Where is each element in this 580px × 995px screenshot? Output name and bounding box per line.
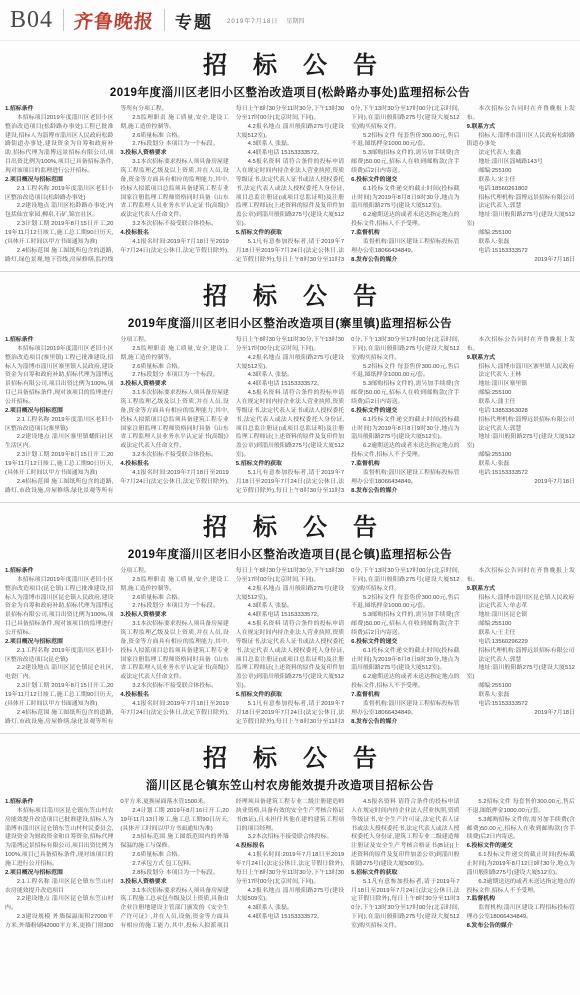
paragraph: 2.2建设地点 淄川区寨里镇蟠阳社区生活区内。: [5, 433, 113, 451]
paragraph: 2.4计划工期 2019年8月16日开工,2019年11月13日竣工,施工总工期…: [120, 807, 228, 834]
paragraph: 5.2招标文件 每套售价300.00元,售后不退,图纸押金1000.00元/套。: [351, 363, 459, 381]
paragraph: 地址:淄川区淄城路143号: [467, 158, 575, 167]
clause-heading: 9.联系方式: [467, 354, 575, 363]
paragraph: 邮编:255100: [467, 620, 575, 629]
paragraph: 法定代表人:王林: [467, 371, 575, 380]
paragraph: 5.1凡有意参加投标者,请于2019年7月18日至2019年7月24日(法定公休…: [351, 878, 459, 931]
masthead: B04 齐鲁晚报 专题 2019年7月18日 星期四: [0, 0, 580, 41]
paragraph: 2.3计划工期 2019年8月15日开工,2019年11月12日竣工,施工总工期…: [5, 451, 113, 478]
clause-heading: 1.招标条件: [5, 105, 113, 114]
paragraph: 2.2建设地点 淄川区松龄路办事处,内包括仙宜家园,柳泉,石矿,锦宜社区。: [5, 202, 113, 220]
paragraph: 4.4联系电话 15153333572。: [236, 149, 344, 158]
paragraph: 监督机构:淄川区建设工程招标投标管理办公室18066434849。: [351, 238, 459, 256]
paragraph: 4.3联系人 张磊。: [236, 904, 344, 913]
paragraph: 5.2招标文件 每套售价300.00元,售后不退,图纸押金1000.00元/套。: [351, 594, 459, 612]
paragraph: 4.3联系人 张磊。: [236, 371, 344, 380]
clause-heading: 3.投标人资格要求: [120, 878, 228, 887]
clause-heading: 5.招标文件的获取: [236, 229, 344, 238]
paragraph: 地址:淄川般阳路275号(建设大厦512室): [467, 211, 575, 229]
paragraph: 6.1投标文件递交的截止时间(投标截止时间)为2019年8月12日9时30分,地…: [467, 851, 575, 878]
newspaper-page: B04 齐鲁晚报 专题 2019年7月18日 星期四 招标公告 2019年度淄川…: [0, 0, 580, 995]
paragraph: 监督机构:淄川区建设工程招标投标管理办公室18066434849。: [467, 904, 575, 922]
paragraph: 电话:13560296229: [467, 638, 575, 647]
issue-date: 2019年7月18日: [227, 16, 278, 25]
paragraph: 2.8标段划分 本项目为一个标段。: [120, 869, 228, 878]
paragraph: 地址:淄川区昆仑镇: [467, 611, 575, 620]
paragraph: 联系人:张磊: [467, 460, 575, 469]
paragraph: 招标人:淄博市淄川区人民政府松龄路街道办事处: [467, 132, 575, 150]
paragraph: 招标代理机构:淄博远景招标有限公司: [467, 647, 575, 656]
paragraph: 本招标项目2019年度淄川区老旧小区整治改造项目(松龄路办事处)工程已批准建设,…: [5, 114, 113, 176]
paragraph: 2.1工程名称 淄川区昆仑镇东笠山村农房能效提升改造项目: [5, 878, 113, 896]
tender-subtitle: 2019年度淄川区老旧小区整治改造项目(昆仑镇)监理招标公告: [5, 546, 575, 562]
paragraph: 2019年7月18日: [467, 478, 575, 487]
paragraph: 4.3联系人 张磊。: [236, 140, 344, 149]
section-label: 专题: [175, 8, 213, 33]
paragraph: 3.2本次招标不接受联合体投标。: [236, 833, 344, 842]
paragraph: 2.7标段划分 本项目为一个标段。: [120, 140, 228, 149]
paragraph: 4.3联系人 张磊。: [236, 602, 344, 611]
paragraph: 联系人:张磊: [467, 691, 575, 700]
paragraph: 6.2逾期送达的或者未送达指定地点的投标文件,招标人不予受理。: [351, 673, 459, 691]
clause-heading: 6.投标文件的递交: [351, 176, 459, 185]
paragraph: 2.5监理职责 施工质量,安全,建设工期,施工造价控制等。: [120, 345, 228, 363]
paragraph: 招标代理机构:淄博远景招标有限公司: [467, 194, 575, 203]
paragraph: 2.2建设地点 淄川区昆仑镇昆仑社区,电瓷厂内。: [5, 664, 113, 682]
clause-heading: 7.监督机构: [467, 895, 575, 904]
tender-body: 1.招标条件本招标项目2019年度淄川区老旧小区整治改造项目(松龄路办事处)工程…: [5, 105, 575, 271]
paragraph: 2.5监理职责 施工质量,安全,建设工期,施工造价控制等。: [120, 114, 228, 132]
paragraph: 4.5报名资料 请符合条件的投标申请人在规定时间内持企业法人营业执照,资质等级证…: [236, 158, 344, 229]
clause-heading: 7.监督机构: [351, 229, 459, 238]
paragraph: 6.1投标文件递交的截止时间(投标截止时间)为2019年8月8日9时30分,地点…: [351, 185, 459, 212]
paragraph: 本招标项目2019年度淄川区老旧小区整治改造项目(寨里镇)工程已批准建设,招标人…: [5, 345, 113, 407]
paragraph: 电话:15153333572: [467, 469, 575, 478]
clause-heading: 2.项目概况与招标范围: [5, 638, 113, 647]
clause-heading: 7.监督机构: [351, 460, 459, 469]
divider: [164, 9, 165, 31]
paragraph: 本招标项目淄川区昆仑镇东笠山村农房能效提升改造项目已批准建设,招标人为淄博市淄川…: [5, 807, 113, 869]
clause-heading: 8.发布公告的媒介: [351, 487, 459, 496]
paragraph: 4.4联系电话 15153333572。: [236, 611, 344, 620]
paragraph: 4.5报名资料 请符合条件的投标申请人在规定时间内持企业法人营业执照,资质等级证…: [351, 798, 459, 869]
tender-announcement-dongli-village: 招标公告 淄川区昆仑镇东笠山村农房能效提升改造项目招标公告 1.招标条件本招标项…: [0, 733, 580, 934]
paragraph: 招标代理机构:淄博远景招标有限公司: [467, 416, 575, 425]
clause-heading: 4.投标报名: [120, 460, 228, 469]
clause-heading: 7.监督机构: [351, 691, 459, 700]
paragraph: 4.4联系电话 15153333572。: [236, 380, 344, 389]
tender-body: 1.招标条件本招标项目2019年度淄川区老旧小区整治改造项目(昆仑镇)工程已批准…: [5, 567, 575, 733]
paragraph: 4.2报名地点 淄川般阳路275号(建设大厦512室)。: [236, 123, 344, 141]
paragraph: 法定代表人:单志革: [467, 602, 575, 611]
paragraph: 邮编:255100: [467, 167, 575, 176]
paragraph: 3.1本次招标要求投标人须具备房屋建筑工程监理乙级及以上资质,并在人员,设备,资…: [120, 389, 228, 451]
paragraph: 2.2建设地点 淄川区昆仑镇东笠山村内。: [5, 895, 113, 913]
paragraph: 电话:15153333572: [467, 247, 575, 256]
paragraph: 2.6质量标准 合格。: [120, 594, 228, 603]
paragraph: 法定代表人:张鑫: [467, 149, 575, 158]
paragraph: 联系人:蒲主任: [467, 398, 575, 407]
paragraph: 邮编:255100: [467, 682, 575, 691]
clause-heading: 5.招标文件的获取: [351, 869, 459, 878]
paragraph: 4.2报名地点 淄川般阳路275号(建设大厦512室)。: [236, 354, 344, 372]
tender-subtitle: 2019年度淄川区老旧小区整治改造项目(松龄路办事处)监理招标公告: [5, 84, 575, 100]
clause-heading: 8.发布公告的媒介: [467, 922, 575, 931]
paragraph: 5.3邮购招标文件的,需另加手续费(含邮费)50.00元,招标人在收到邮购款(含…: [351, 611, 459, 638]
paragraph: 电话:13853363028: [467, 407, 575, 416]
clause-heading: 4.投标报名: [120, 691, 228, 700]
paragraph: 2.3计划工期 2019年8月15日开工,2019年11月12日竣工,施工总工期…: [5, 220, 113, 247]
paragraph: 本招标项目2019年度淄川区老旧小区整治改造项目(昆仑镇)工程已批准建设,招标人…: [5, 576, 113, 638]
paragraph: 5.2招标文件 每套售价300.00元,售后不退,图纸押金1000.00元/套。: [351, 132, 459, 150]
clause-heading: 6.投标文件的递交: [351, 407, 459, 416]
clause-heading: 3.投标人资格要求: [120, 611, 228, 620]
paragraph: 4.1报名时间:2019年7月18日至2019年7月24日(法定公休日,法定节假…: [236, 851, 344, 886]
paragraph: 4.4联系电话 15153333572。: [236, 913, 344, 922]
tender-body: 1.招标条件本招标项目2019年度淄川区老旧小区整治改造项目(寨里镇)工程已批准…: [5, 336, 575, 502]
tender-subtitle: 淄川区昆仑镇东笠山村农房能效提升改造项目招标公告: [5, 777, 575, 793]
paragraph: 招标人:淄博市淄川区寨里镇人民政府: [467, 363, 575, 372]
paragraph: 3.2本次招标不接受联合体投标。: [120, 220, 228, 229]
clause-heading: 3.投标人资格要求: [120, 380, 228, 389]
paragraph: 2.5招标范围 施工图纸范围内的外墙保温的施工与保修。: [120, 833, 228, 851]
paragraph: 法定代表人:郭慧: [467, 656, 575, 665]
paragraph: 5.3邮购招标文件的,需另加手续费(含邮费)50.00元,招标人在收到邮购款(含…: [351, 380, 459, 407]
clause-heading: 2.项目概况与招标范围: [5, 869, 113, 878]
paragraph: 2.6质量标准 合格。: [120, 363, 228, 372]
tender-title: 招标公告: [5, 744, 575, 774]
paragraph: 邮编:255100: [467, 229, 575, 238]
paragraph: 2.7承包方式 包工包料。: [120, 860, 228, 869]
paragraph: 本次招标公告同时在齐鲁晚报上发布。: [467, 336, 575, 354]
clause-heading: 5.招标文件的获取: [236, 460, 344, 469]
clause-heading: 8.发布公告的媒介: [351, 718, 459, 727]
paragraph: 6.1投标文件递交的截止时间(投标截止时间)为2019年8月8日9时30分,地点…: [351, 647, 459, 674]
paragraph: 2.6质量标准 合格。: [120, 851, 228, 860]
paragraph: 监督机构:淄川区建设工程招标投标管理办公室18066434849。: [351, 700, 459, 718]
paragraph: 本次招标公告同时在齐鲁晚报上发布。: [467, 567, 575, 585]
paragraph: 邮编:255100: [467, 451, 575, 460]
paragraph: 2.1工程名称 2019年度淄川区老旧小区整治改造项目(昆仑镇): [5, 647, 113, 665]
paragraph: 本次招标公告同时在齐鲁晚报上发布。: [467, 105, 575, 123]
paragraph: 3.2本次招标不接受联合体投标。: [120, 682, 228, 691]
clause-heading: 2.项目概况与招标范围: [5, 176, 113, 185]
paragraph: 2.3计划工期 2019年8月15日开工,2019年11月12日竣工,施工总工期…: [5, 682, 113, 709]
paragraph: 4.5报名资料 请符合条件的投标申请人在规定时间内持企业法人营业执照,资质等级证…: [236, 389, 344, 460]
paragraph: 6.2逾期送达的或者未送达指定地点的投标文件,招标人不予受理。: [351, 442, 459, 460]
clause-heading: 1.招标条件: [5, 567, 113, 576]
paragraph: 5.2招标文件 每套售价300.00元,售后不退,图纸押金1000.00元/套。: [467, 798, 575, 816]
paragraph: 6.2逾期送达的或者未送达指定地点的投标文件,招标人不予受理。: [467, 878, 575, 896]
clause-heading: 6.投标文件的递交: [467, 842, 575, 851]
paragraph: 4.2报名地点 淄川般阳路275号(建设大厦512室)。: [236, 585, 344, 603]
paragraph: 法定代表人:郭慧: [467, 202, 575, 211]
paragraph: 2019年7月18日: [467, 709, 575, 718]
tender-announcement-songling: 招标公告 2019年度淄川区老旧小区整治改造项目(松龄路办事处)监理招标公告 1…: [0, 41, 580, 271]
clause-heading: 3.投标人资格要求: [120, 149, 228, 158]
paragraph: 电话:15153333572: [467, 700, 575, 709]
tender-body: 1.招标条件本招标项目淄川区昆仑镇东笠山村农房能效提升改造项目已批准建设,招标人…: [5, 798, 575, 934]
paragraph: 3.2本次招标不接受联合体投标。: [120, 451, 228, 460]
paragraph: 6.2逾期送达的或者未送达指定地点的投标文件,招标人不予受理。: [351, 211, 459, 229]
issue-weekday: 星期四: [286, 16, 304, 25]
paragraph: 联系人:张磊: [467, 238, 575, 247]
paragraph: 2019年7月18日: [467, 256, 575, 265]
tender-title: 招标公告: [5, 282, 575, 312]
paragraph: 4.5报名资料 请符合条件的投标申请人在规定时间内持企业法人营业执照,资质等级证…: [236, 620, 344, 691]
clause-heading: 4.投标报名: [120, 229, 228, 238]
paragraph: 4.2报名地点 淄川般阳路275号(建设大厦509室)。: [236, 887, 344, 905]
paragraph: 6.1投标文件递交的截止时间(投标截止时间)为2019年8月8日9时30分,地点…: [351, 416, 459, 443]
paragraph: 邮编:255100: [467, 389, 575, 398]
paragraph: 联系人:宋主任: [467, 176, 575, 185]
paragraph: 地址:淄川区寨里镇: [467, 380, 575, 389]
page-number: B04: [10, 7, 53, 34]
clause-heading: 1.招标条件: [5, 336, 113, 345]
divider: [63, 9, 64, 31]
clause-heading: 5.招标文件的获取: [236, 691, 344, 700]
clause-heading: 9.联系方式: [467, 123, 575, 132]
paragraph: 2.5监理职责 施工质量,安全,建设工期,施工造价控制等。: [120, 576, 228, 594]
paragraph: 5.3邮购招标文件的,需另加手续费(含邮费)50.00元,招标人在收到邮购款(含…: [351, 149, 459, 176]
clause-heading: 4.投标报名: [236, 842, 344, 851]
clause-heading: 1.招标条件: [5, 798, 113, 807]
paragraph: 5.3邮购招标文件的,需另加手续费(含邮费)50.00元,招标人在收到邮购款(含…: [467, 816, 575, 843]
paragraph: 监督机构:淄川区建设工程招标投标管理办公室18066434849。: [351, 469, 459, 487]
clause-heading: 6.投标文件的递交: [351, 638, 459, 647]
clause-heading: 9.联系方式: [467, 585, 575, 594]
paragraph: 2.1工程名称 2019年度淄川区老旧小区整治改造项目(松龄路办事处): [5, 185, 113, 203]
paragraph: 2.6质量标准 合格。: [120, 132, 228, 141]
paragraph: 3.1本次招标要求投标人须具备房屋建筑工程监理乙级及以上资质,并在人员,设备,资…: [120, 158, 228, 220]
paragraph: 电话:18560261802: [467, 185, 575, 194]
tender-title: 招标公告: [5, 513, 575, 543]
paragraph: 2.1工程名称 2019年度淄川区老旧小区整治改造项目(寨里镇): [5, 416, 113, 434]
paragraph: 招标人:淄博市淄川区昆仑镇人民政府: [467, 594, 575, 603]
paragraph: 联系人:王主任: [467, 629, 575, 638]
paragraph: 2.7标段划分 本项目为一个标段。: [120, 602, 228, 611]
clause-heading: 8.发布公告的媒介: [351, 256, 459, 265]
tender-announcement-zhaili: 招标公告 2019年度淄川区老旧小区整治改造项目(寨里镇)监理招标公告 1.招标…: [0, 271, 580, 502]
tender-subtitle: 2019年度淄川区老旧小区整治改造项目(寨里镇)监理招标公告: [5, 315, 575, 331]
paragraph: 2.7标段划分 本项目为一个标段。: [120, 371, 228, 380]
paragraph: 地址:淄川般阳路275号(建设大厦512室): [467, 664, 575, 682]
paragraph: 3.1本次招标要求投标人须具备房屋建筑工程监理乙级及以上资质,并在人员,设备,资…: [120, 620, 228, 682]
tender-announcement-kunlun: 招标公告 2019年度淄川区老旧小区整治改造项目(昆仑镇)监理招标公告 1.招标…: [0, 502, 580, 733]
paragraph: 地址:淄川般阳路275号(建设大厦512室): [467, 433, 575, 451]
tender-title: 招标公告: [5, 51, 575, 81]
clause-heading: 2.项目概况与招标范围: [5, 407, 113, 416]
paragraph: 法定代表人:郭慧: [467, 425, 575, 434]
newspaper-logo: 齐鲁晚报: [73, 7, 156, 34]
